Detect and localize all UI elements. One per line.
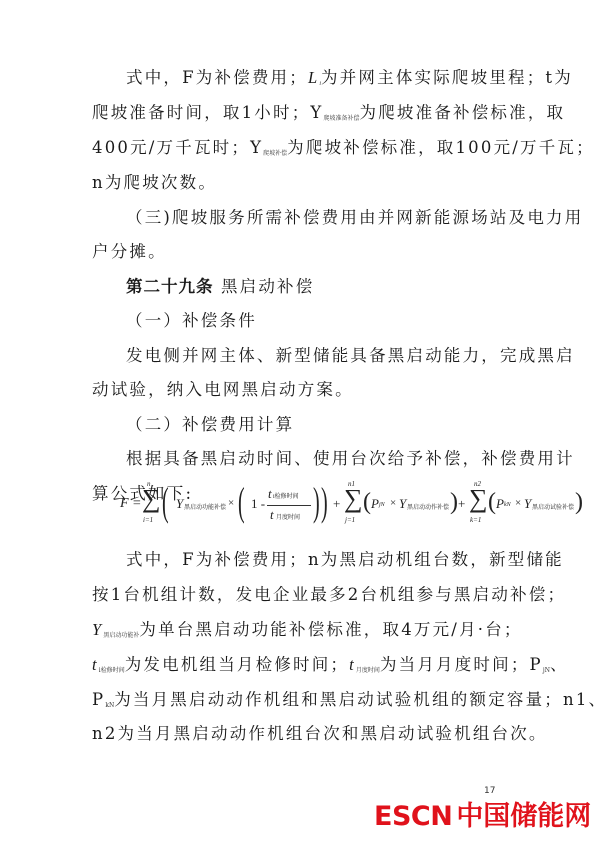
variable-L: L (308, 68, 319, 87)
explanation-line-6: n2为当月黑启动动作机组台次和黑启动试验机组台次。 (92, 724, 512, 744)
escn-logo: ESCN中国储能网 (374, 800, 591, 834)
text: 为发电机组当月检修时间； (125, 655, 349, 674)
plus-sign: + (333, 496, 340, 512)
subscript: 爬坡补偿 (263, 150, 287, 157)
subscript: kN (105, 702, 114, 709)
formula-lhs: F = (120, 496, 142, 512)
times-icon: × (390, 497, 396, 509)
left-paren-icon: ( (238, 482, 245, 522)
one-minus: 1 - (251, 496, 265, 512)
explanation-line-4: ti检修时间为发电机组当月检修时间；t月度时间为当月月度时间；PjN、 (92, 655, 512, 681)
variable-t: t (349, 655, 356, 674)
paragraph-1-line-2: 爬坡准备时间，取1小时；Y爬坡准备补偿为爬坡准备补偿标准，取 (92, 103, 512, 129)
plus-sign: + (458, 496, 465, 512)
fraction-bar (267, 505, 311, 506)
text: 式中，F为补偿费用； (126, 68, 308, 87)
paragraph-1-line-3: 400元/万千瓦时；Y爬坡补偿为爬坡补偿标准，取100元/万千瓦； (92, 138, 512, 164)
term2-power-subscript: jN (379, 502, 385, 508)
compensation-formula: F = n ∑ i=1 ( Y 黑启动功能补偿 × ( 1 - t i检修时间 … (120, 478, 550, 538)
numerator-subscript: i检修时间 (273, 491, 299, 500)
text: 为当月月度时间；P (380, 655, 543, 674)
paragraph-2-line-1: （三)爬坡服务所需补偿费用由并网新能源场站及电力用 (126, 208, 546, 228)
article-heading: 第二十九条 黑启动补偿 (126, 277, 546, 297)
sum3-lower: k=1 (470, 516, 481, 524)
section-2-line-1: 根据具备黑启动时间、使用台次给予补偿，补偿费用计 (126, 449, 546, 469)
subscript: 月度时间 (356, 667, 380, 674)
logo-latin: ESCN (374, 801, 452, 832)
left-paren-icon: ( (363, 490, 371, 514)
left-paren-icon: ( (162, 482, 169, 522)
variable-Y: Y (92, 620, 103, 639)
variable-t: t (92, 655, 99, 674)
paragraph-1-line-1: 式中，F为补偿费用；Li为并网主体实际爬坡里程；t为 (126, 68, 546, 94)
subscript: 黑启动功能补 (103, 632, 139, 639)
logo-chinese: 中国储能网 (456, 801, 591, 832)
term3-subscript: 黑启动试验补偿 (532, 502, 574, 511)
subscript: 爬坡准备补偿 (324, 115, 360, 122)
term3-power-subscript: kN (504, 502, 511, 508)
term2-subscript: 黑启动动作补偿 (407, 502, 449, 511)
article-title: 黑启动补偿 (221, 277, 315, 296)
text: 、 (550, 655, 569, 674)
text: 为爬坡补偿标准，取100元/万千瓦； (287, 138, 595, 157)
text: 爬坡准备时间，取1小时； (92, 103, 310, 122)
right-paren-icon: ) (321, 482, 328, 522)
term2-variable: Y (399, 496, 406, 512)
section-1-heading: （一）补偿条件 (126, 311, 546, 331)
section-1-line-1: 发电侧并网主体、新型储能具备黑启动能力，完成黑启 (126, 346, 546, 366)
term1-subscript: 黑启动功能补偿 (184, 502, 226, 511)
explanation-line-3: Y黑启动功能补为单台黑启动功能补偿标准，取4万元/月·台； (92, 620, 512, 646)
page-number: 17 (484, 786, 495, 796)
denominator-subscript: 月度时间 (276, 512, 300, 521)
paragraph-2-line-2: 户分摊。 (92, 242, 512, 262)
paragraph-1-line-4: n为爬坡次数。 (92, 173, 512, 193)
text: 为爬坡准备补偿标准，取 (360, 103, 566, 122)
subscript: jN (543, 667, 550, 674)
times-icon: × (515, 497, 521, 509)
term3-power: P (496, 496, 504, 512)
numerator-variable: t (268, 486, 272, 502)
sigma-icon: ∑ (469, 486, 488, 512)
sigma-icon: ∑ (344, 486, 363, 512)
term2-power: P (371, 496, 379, 512)
explanation-line-1: 式中，F为补偿费用；n为黑启动机组台数，新型储能 (126, 550, 546, 570)
section-1-line-2: 动试验，纳入电网黑启动方案。 (92, 380, 512, 400)
text: 为当月黑启动动作机组和黑启动试验机组的额定容量；n1、 (114, 690, 600, 709)
sum2-lower: j=1 (345, 516, 355, 524)
sum1-lower: i=1 (143, 516, 153, 524)
variable-Y: Y (250, 138, 263, 157)
explanation-line-5: PkN为当月黑启动动作机组和黑启动试验机组的额定容量；n1、 (92, 690, 512, 716)
section-2-heading: （二）补偿费用计算 (126, 415, 546, 435)
right-paren-icon: ) (313, 482, 320, 522)
right-paren-icon: ) (450, 490, 458, 514)
variable-P: P (92, 690, 105, 709)
text: 400元/万千瓦时； (92, 138, 250, 157)
text: 为并网主体实际爬坡里程；t为 (321, 68, 573, 87)
explanation-line-2: 按1台机组计数，发电企业最多2台机组参与黑启动补偿； (92, 585, 512, 605)
article-number: 第二十九条 (126, 277, 214, 296)
left-paren-icon: ( (488, 490, 496, 514)
denominator-variable: t (270, 507, 274, 523)
sigma-icon: ∑ (142, 486, 161, 512)
right-paren-icon: ) (575, 490, 583, 514)
subscript: i检修时间 (99, 667, 125, 674)
term3-variable: Y (524, 496, 531, 512)
variable-Y: Y (310, 103, 323, 122)
term1-variable: Y (176, 496, 183, 512)
times-icon: × (228, 497, 234, 509)
text: 为单台黑启动功能补偿标准，取4万元/月·台； (139, 620, 522, 639)
